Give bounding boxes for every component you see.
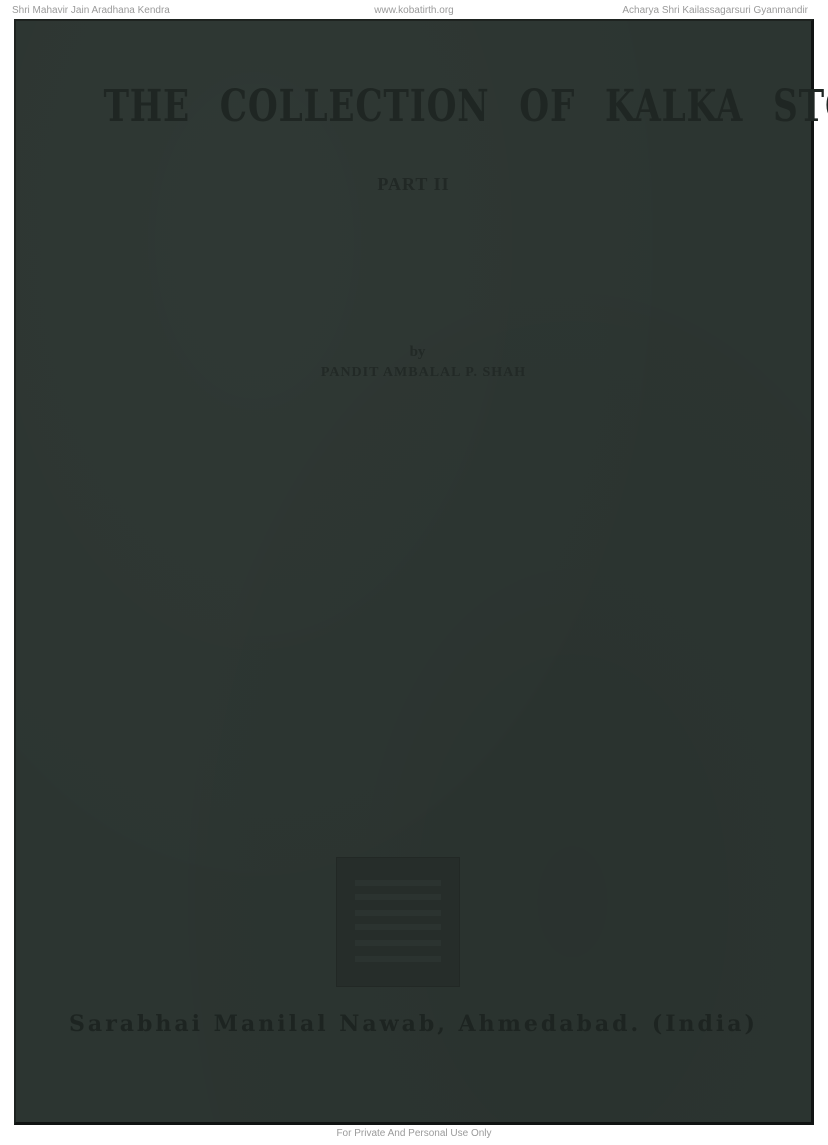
publisher-emblem-icon — [336, 857, 460, 987]
by-label: by — [16, 344, 815, 361]
footer-text: For Private And Personal Use Only — [0, 1128, 828, 1139]
book-title: THE COLLECTION OF KALKA STORY — [103, 81, 723, 132]
header-right-text: Acharya Shri Kailassagarsuri Gyanmandir — [622, 5, 808, 16]
book-cover: THE COLLECTION OF KALKA STORY PART II by… — [14, 19, 814, 1125]
publisher-line: Sarabhai Manilal Nawab, Ahmedabad. (Indi… — [16, 1011, 811, 1037]
book-part: PART II — [16, 174, 811, 195]
book-author: PANDIT AMBALAL P. SHAH — [16, 365, 821, 381]
